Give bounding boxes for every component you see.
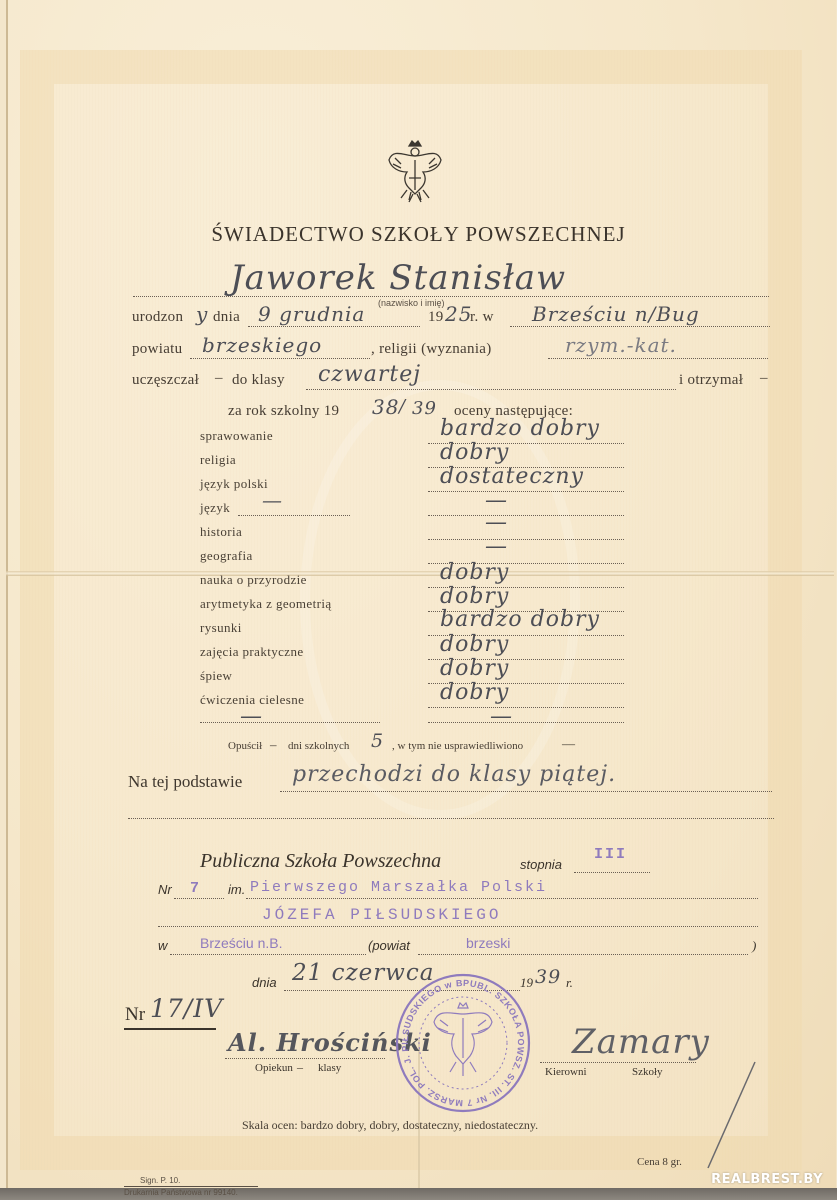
subject-label: arytmetyka z geometrią bbox=[200, 596, 332, 612]
name-line bbox=[133, 296, 769, 297]
guardian-mark: – bbox=[297, 1060, 303, 1075]
subject-label: zajęcia praktyczne bbox=[200, 644, 304, 660]
days-value: 5 bbox=[371, 730, 384, 752]
registry-label: Nr bbox=[125, 1004, 145, 1026]
received-label: i otrzymał bbox=[679, 372, 743, 389]
decision-line bbox=[280, 791, 772, 792]
birth-year-prefix: 19 bbox=[428, 309, 444, 326]
grading-scale: Skala ocen: bardzo dobry, dobry, dostate… bbox=[242, 1118, 538, 1133]
unexcused-label: , w tym nie usprawiedliwiono bbox=[392, 740, 523, 752]
school-stamp-icon: PUBL. SZKOŁA POWSZ. ST. III. Nr 7 MARSZ.… bbox=[394, 972, 532, 1114]
grade-line bbox=[428, 707, 624, 708]
degree-line bbox=[574, 872, 650, 873]
school-county-line bbox=[418, 954, 748, 955]
city-value: Brześciu n.B. bbox=[200, 935, 282, 951]
subject-label: rysunki bbox=[200, 620, 242, 636]
issue-year: 39 bbox=[535, 966, 561, 988]
subject-label: język bbox=[200, 500, 230, 516]
unexcused-value: — bbox=[562, 736, 575, 752]
birth-date-line bbox=[248, 326, 420, 327]
born-label: urodzon bbox=[132, 309, 183, 326]
day-label: dnia bbox=[213, 309, 240, 326]
horizontal-fold bbox=[6, 571, 834, 576]
grade-line bbox=[428, 515, 624, 516]
school-nr-value: 7 bbox=[190, 880, 201, 897]
issue-date-label: dnia bbox=[252, 975, 277, 990]
decision-label: Na tej podstawie bbox=[128, 772, 242, 792]
subject-label: historia bbox=[200, 524, 242, 540]
grade-line bbox=[428, 635, 624, 636]
issue-r-label: r. bbox=[566, 975, 573, 991]
name-caption: (nazwisko i imię) bbox=[378, 298, 445, 308]
patron-label: im. bbox=[228, 882, 245, 897]
subject-label: śpiew bbox=[200, 668, 232, 684]
principal-label: Kierowni bbox=[545, 1066, 587, 1078]
birth-place: Brześciu n/Bug bbox=[532, 302, 700, 326]
grade-value: bardzo dobry bbox=[440, 416, 600, 441]
grade-line bbox=[428, 611, 624, 612]
missed-mark: – bbox=[270, 737, 277, 753]
guardian-label: Opiekun bbox=[255, 1062, 293, 1074]
grade-line bbox=[428, 659, 624, 660]
degree-value: III bbox=[594, 846, 627, 863]
school-county-value: brzeski bbox=[466, 935, 510, 951]
grade-line bbox=[200, 722, 380, 723]
subject-label: język polski bbox=[200, 476, 268, 492]
city-label: w bbox=[158, 938, 167, 953]
grade-line bbox=[428, 467, 624, 468]
school-nr-line bbox=[174, 898, 224, 899]
subject-label: religia bbox=[200, 452, 236, 468]
principal-signature: Zamary bbox=[572, 1022, 710, 1062]
class-value: czwartej bbox=[318, 362, 421, 387]
principal-school-label: Szkoły bbox=[632, 1066, 663, 1078]
degree-label: stopnia bbox=[520, 857, 562, 872]
religion-value: rzym.-kat. bbox=[565, 333, 677, 357]
subject-label: sprawowanie bbox=[200, 428, 273, 444]
birth-place-label: r. w bbox=[470, 309, 494, 326]
religion-label: , religii (wyznania) bbox=[371, 341, 492, 358]
registry-value: 17/IV bbox=[150, 994, 223, 1023]
school-year-from: 38 bbox=[372, 395, 399, 419]
grade-line bbox=[238, 515, 350, 516]
missed-label: Opuścił bbox=[228, 740, 262, 752]
birth-date: 9 grudnia bbox=[258, 302, 365, 326]
patron-line-2 bbox=[158, 926, 758, 927]
grade-line bbox=[428, 722, 624, 723]
class-label: do klasy bbox=[232, 372, 285, 389]
guardian-signature-line bbox=[225, 1058, 385, 1059]
religion-line bbox=[548, 358, 768, 359]
printer-info: Drukarnia Państwowa nr 99140. bbox=[124, 1188, 238, 1197]
birth-place-line bbox=[510, 326, 770, 327]
principal-signature-line bbox=[540, 1062, 696, 1063]
grade-line bbox=[428, 683, 624, 684]
birth-year: 25 bbox=[445, 302, 472, 326]
document-title: ŚWIADECTWO SZKOŁY POWSZECHNEJ bbox=[0, 222, 837, 247]
county-close: ) bbox=[752, 938, 756, 954]
patron-line2: JÓZEFA PIŁSUDSKIEGO bbox=[262, 906, 501, 924]
subject-label: geografia bbox=[200, 548, 253, 564]
site-watermark: REALBREST.BY bbox=[711, 1172, 823, 1187]
school-year-sep: / bbox=[399, 396, 406, 417]
county-line bbox=[190, 358, 370, 359]
form-sign: Sign. P. 10. bbox=[140, 1176, 180, 1185]
grade-line bbox=[428, 563, 624, 564]
received-mark: – bbox=[760, 370, 768, 387]
language-extra: — bbox=[262, 488, 283, 512]
school-year-to: 39 bbox=[412, 398, 437, 419]
decision-line-2 bbox=[128, 818, 774, 819]
price-label: Cena 8 gr. bbox=[637, 1156, 682, 1168]
school-year-label: za rok szkolny 19 bbox=[228, 403, 339, 420]
class-line bbox=[306, 389, 676, 390]
grade-line bbox=[428, 539, 624, 540]
school-type-label: Publiczna Szkoła Powszechna bbox=[200, 850, 441, 873]
polish-eagle-icon bbox=[385, 138, 445, 204]
grade-line bbox=[428, 443, 624, 444]
subject-label: nauka o przyrodzie bbox=[200, 572, 307, 588]
county-value: brzeskiego bbox=[202, 333, 322, 357]
patron-line1: Pierwszego Marszałka Polski bbox=[250, 879, 547, 896]
decision-value: przechodzi do klasy piątej. bbox=[292, 762, 616, 787]
extra-subject-dash: — bbox=[240, 704, 263, 729]
guardian-class-label: klasy bbox=[318, 1062, 341, 1074]
student-name: Jaworek Stanisław bbox=[230, 258, 566, 298]
school-nr-label: Nr bbox=[158, 882, 172, 897]
city-line bbox=[170, 954, 366, 955]
born-suffix: y bbox=[196, 302, 208, 326]
patron-line-1 bbox=[246, 898, 758, 899]
grade-line bbox=[428, 587, 624, 588]
printer-divider bbox=[124, 1186, 258, 1187]
registry-underline bbox=[124, 1028, 216, 1030]
county-label: powiatu bbox=[132, 341, 182, 358]
signature-tail-stroke bbox=[700, 1060, 760, 1170]
grade-value: — bbox=[485, 510, 508, 535]
school-county-label: (powiat bbox=[368, 938, 410, 953]
grade-value: — bbox=[485, 534, 508, 559]
days-label: dni szkolnych bbox=[288, 740, 349, 752]
grade-line bbox=[428, 491, 624, 492]
attended-mark: – bbox=[215, 370, 223, 387]
attended-label: uczęszczał bbox=[132, 372, 199, 389]
